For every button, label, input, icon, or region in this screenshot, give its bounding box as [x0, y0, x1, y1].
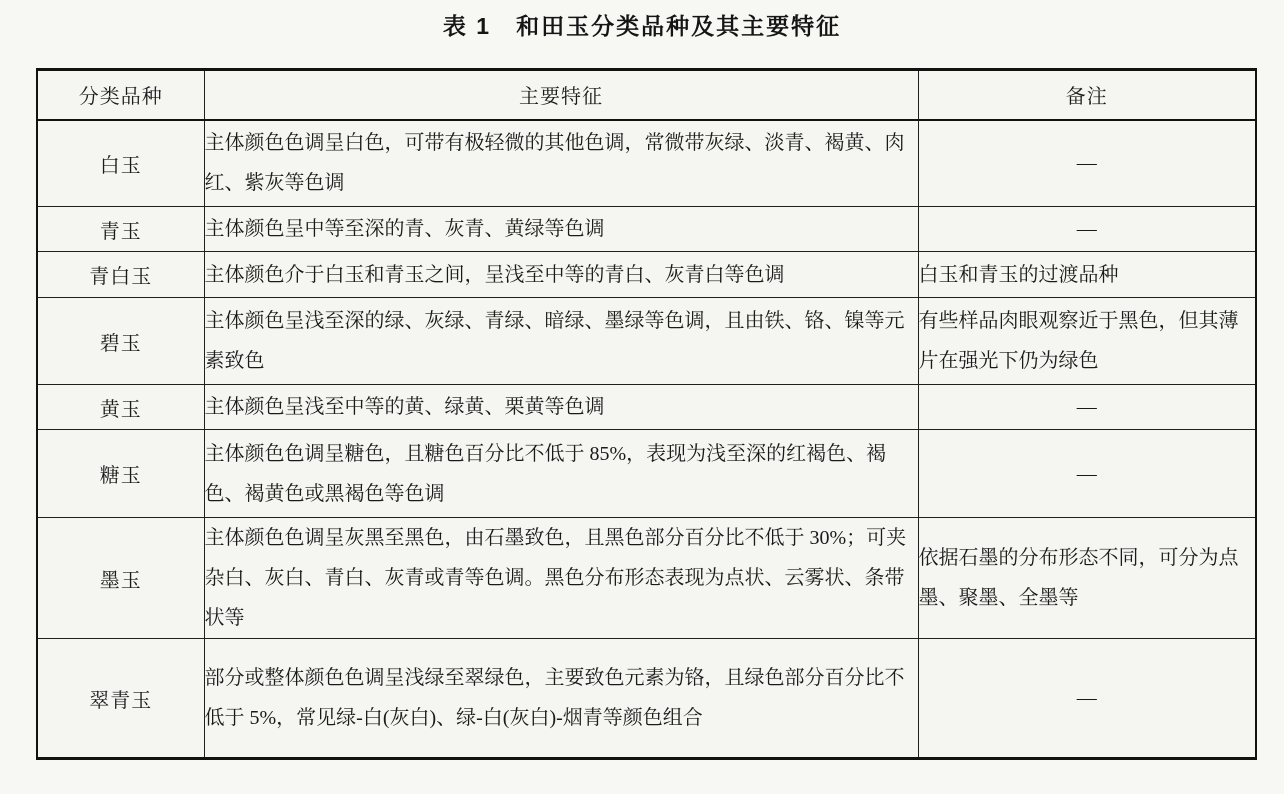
page-title: 表 1 和田玉分类品种及其主要特征: [0, 8, 1284, 41]
variety-cell: 墨玉: [37, 518, 204, 639]
table-row: 糖玉 主体颜色色调呈糖色，且糖色百分比不低于 85%，表现为浅至深的红褐色、褐色…: [37, 430, 1256, 518]
variety-cell: 糖玉: [37, 430, 204, 518]
features-cell: 主体颜色介于白玉和青玉之间，呈浅至中等的青白、灰青白等色调: [204, 252, 918, 298]
header-variety: 分类品种: [37, 70, 204, 120]
header-features: 主要特征: [204, 70, 918, 120]
variety-cell: 青玉: [37, 207, 204, 252]
table-row: 碧玉 主体颜色呈浅至深的绿、灰绿、青绿、暗绿、墨绿等色调，且由铁、铬、镍等元素致…: [37, 298, 1256, 385]
table-row: 青玉 主体颜色呈中等至深的青、灰青、黄绿等色调 —: [37, 207, 1256, 252]
remark-cell: 白玉和青玉的过渡品种: [918, 252, 1256, 298]
remark-cell: —: [918, 207, 1256, 252]
remark-cell: 依据石墨的分布形态不同，可分为点墨、聚墨、全墨等: [918, 518, 1256, 639]
variety-cell: 黄玉: [37, 385, 204, 430]
remark-cell: —: [918, 385, 1256, 430]
features-cell: 主体颜色色调呈糖色，且糖色百分比不低于 85%，表现为浅至深的红褐色、褐色、褐黄…: [204, 430, 918, 518]
jade-classification-table: 分类品种 主要特征 备注 白玉 主体颜色色调呈白色，可带有极轻微的其他色调，常微…: [36, 68, 1257, 760]
remark-cell: 有些样品肉眼观察近于黑色，但其薄片在强光下仍为绿色: [918, 298, 1256, 385]
features-cell: 部分或整体颜色色调呈浅绿至翠绿色，主要致色元素为铬，且绿色部分百分比不低于 5%…: [204, 639, 918, 759]
features-cell: 主体颜色呈浅至深的绿、灰绿、青绿、暗绿、墨绿等色调，且由铁、铬、镍等元素致色: [204, 298, 918, 385]
table-row: 白玉 主体颜色色调呈白色，可带有极轻微的其他色调，常微带灰绿、淡青、褐黄、肉红、…: [37, 120, 1256, 207]
remark-cell: —: [918, 430, 1256, 518]
table-row: 墨玉 主体颜色色调呈灰黑至黑色，由石墨致色，且黑色部分百分比不低于 30%；可夹…: [37, 518, 1256, 639]
variety-cell: 青白玉: [37, 252, 204, 298]
features-cell: 主体颜色色调呈白色，可带有极轻微的其他色调，常微带灰绿、淡青、褐黄、肉红、紫灰等…: [204, 120, 918, 207]
features-cell: 主体颜色呈浅至中等的黄、绿黄、栗黄等色调: [204, 385, 918, 430]
remark-cell: —: [918, 120, 1256, 207]
variety-cell: 翠青玉: [37, 639, 204, 759]
features-cell: 主体颜色呈中等至深的青、灰青、黄绿等色调: [204, 207, 918, 252]
table-row: 翠青玉 部分或整体颜色色调呈浅绿至翠绿色，主要致色元素为铬，且绿色部分百分比不低…: [37, 639, 1256, 759]
table-header-row: 分类品种 主要特征 备注: [37, 70, 1256, 120]
features-cell: 主体颜色色调呈灰黑至黑色，由石墨致色，且黑色部分百分比不低于 30%；可夹杂白、…: [204, 518, 918, 639]
table-row: 黄玉 主体颜色呈浅至中等的黄、绿黄、栗黄等色调 —: [37, 385, 1256, 430]
variety-cell: 白玉: [37, 120, 204, 207]
variety-cell: 碧玉: [37, 298, 204, 385]
table-row: 青白玉 主体颜色介于白玉和青玉之间，呈浅至中等的青白、灰青白等色调 白玉和青玉的…: [37, 252, 1256, 298]
header-remark: 备注: [918, 70, 1256, 120]
remark-cell: —: [918, 639, 1256, 759]
